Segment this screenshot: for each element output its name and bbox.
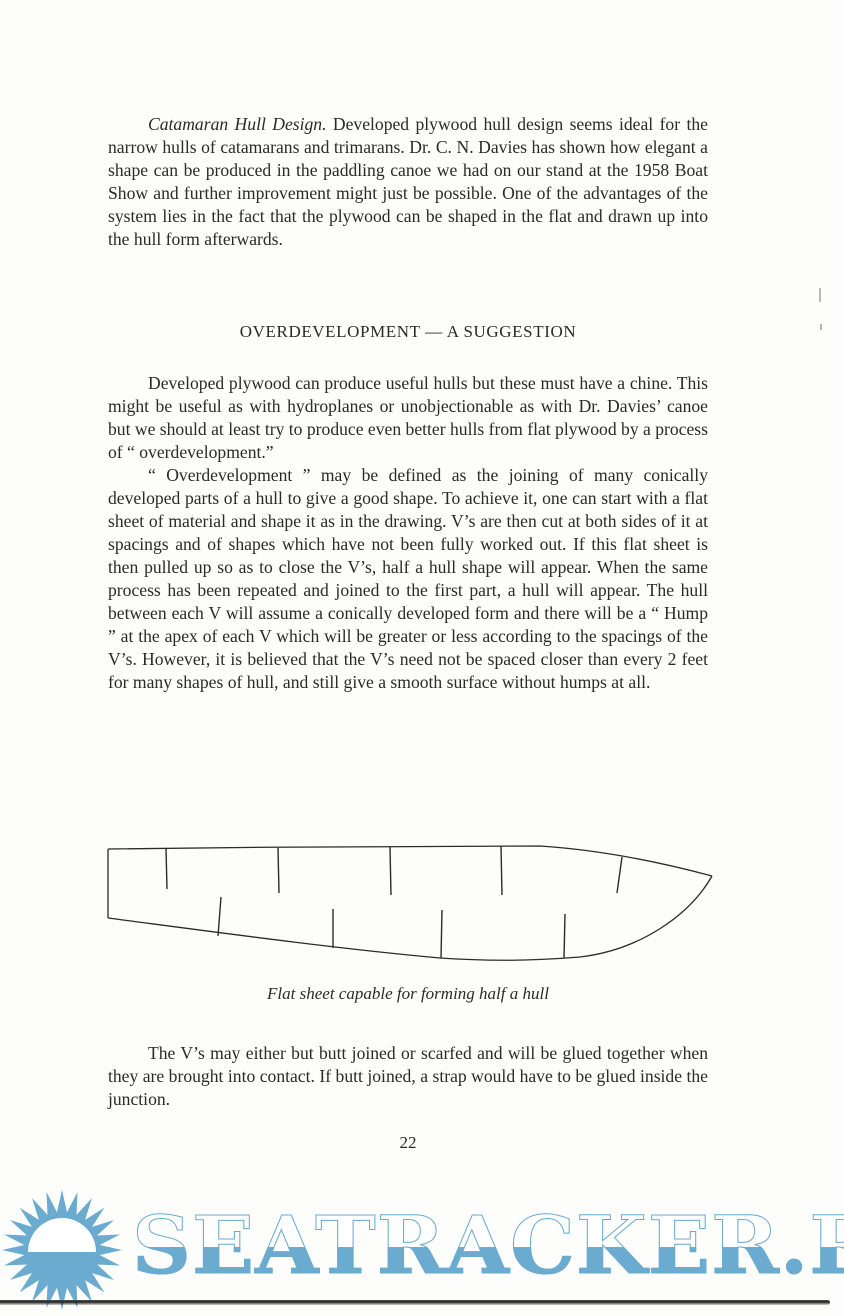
sun-icon xyxy=(0,1190,130,1316)
top-v-cuts xyxy=(166,846,622,895)
figure-caption: Flat sheet capable for forming half a hu… xyxy=(108,984,708,1004)
paragraph-v-joining: The V’s may either but butt joined or sc… xyxy=(108,1042,708,1111)
scan-edge-marks xyxy=(818,280,826,340)
page-bottom-shadow xyxy=(0,1300,830,1305)
watermark: SEATRACKER.RU xyxy=(0,1190,844,1316)
bottom-v-cuts xyxy=(218,897,565,958)
page-number: 22 xyxy=(108,1133,708,1153)
watermark-text: SEATRACKER.RU xyxy=(132,1200,844,1290)
document-page: Catamaran Hull Design. Developed plywood… xyxy=(0,0,844,1316)
hull-flat-sheet-figure xyxy=(0,0,844,1000)
